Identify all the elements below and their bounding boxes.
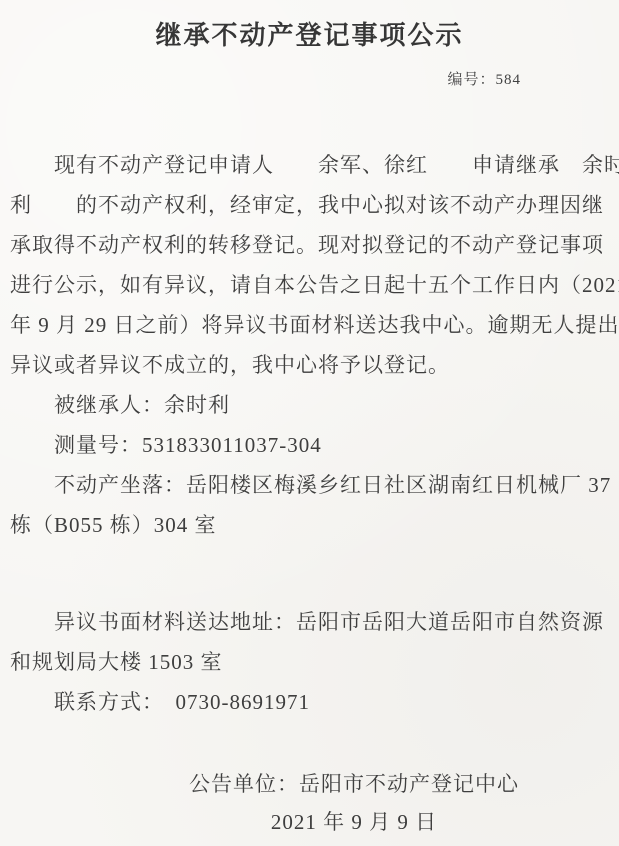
issuing-unit-line: 公告单位：岳阳市不动产登记中心 bbox=[189, 765, 519, 803]
document-number: 编号：584 bbox=[0, 68, 619, 89]
delivery-address-line: 异议书面材料送达地址：岳阳市岳阳大道岳阳市自然资源 bbox=[10, 602, 611, 642]
body-line-transfer: 承取得不动产权利的转移登记。现对拟登记的不动产登记事项 bbox=[10, 225, 611, 265]
document-footer: 公告单位：岳阳市不动产登记中心 2021 年 9 月 9 日 bbox=[189, 765, 519, 841]
body-line-applicants: 现有不动产登记申请人 余军、徐红 申请继承 余时 bbox=[10, 145, 611, 185]
body-line-deadline: 年 9 月 29 日之前）将异议书面材料送达我中心。逾期无人提出 bbox=[10, 305, 611, 345]
body-line-decedent-rights: 利 的不动产权利，经审定，我中心拟对该不动产办理因继 bbox=[10, 185, 611, 225]
body-line-registration: 异议或者异议不成立的，我中心将予以登记。 bbox=[10, 345, 611, 385]
issue-date-line: 2021 年 9 月 9 日 bbox=[189, 803, 519, 841]
document-body: 现有不动产登记申请人 余军、徐红 申请继承 余时 利 的不动产权利，经审定，我中… bbox=[0, 145, 619, 722]
property-location-line-2: 栋（B055 栋）304 室 bbox=[10, 505, 611, 545]
body-line-objection-period: 进行公示，如有异议，请自本公告之日起十五个工作日内（2021 bbox=[10, 265, 611, 305]
contact-phone-line: 联系方式： 0730-8691971 bbox=[10, 682, 611, 722]
document-number-value: 584 bbox=[496, 72, 522, 88]
delivery-address-line-2: 和规划局大楼 1503 室 bbox=[10, 642, 611, 682]
property-location-line: 不动产坐落：岳阳楼区梅溪乡红日社区湖南红日机械厂 37 bbox=[10, 465, 611, 505]
document-number-label: 编号： bbox=[447, 72, 495, 88]
document-page: 继承不动产登记事项公示 编号：584 现有不动产登记申请人 余军、徐红 申请继承… bbox=[0, 0, 619, 846]
survey-number-line: 测量号：531833011037-304 bbox=[10, 425, 611, 465]
page-title: 继承不动产登记事项公示 bbox=[0, 0, 619, 52]
decedent-line: 被继承人：余时利 bbox=[10, 385, 611, 425]
